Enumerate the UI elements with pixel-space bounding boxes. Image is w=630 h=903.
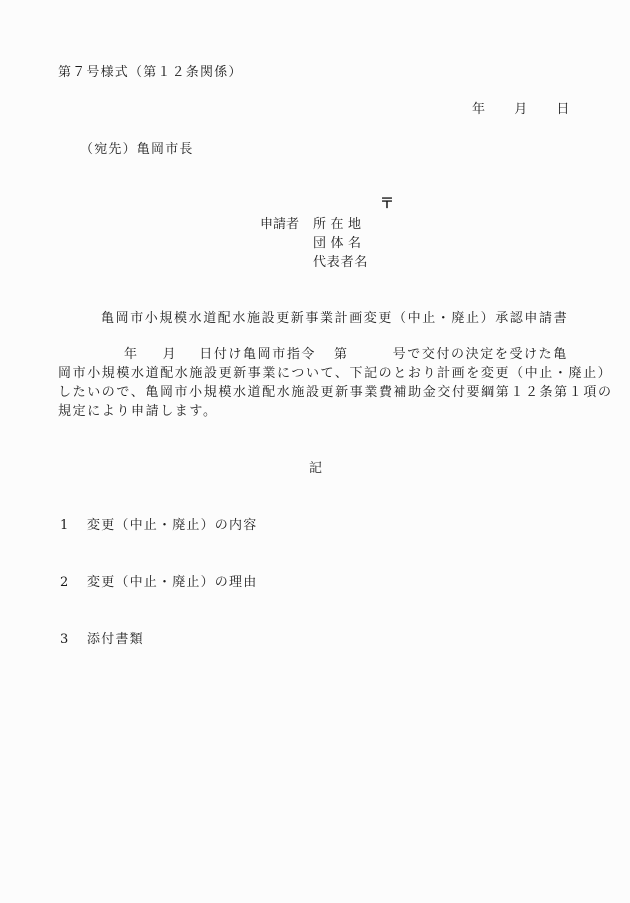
item-number: 3 bbox=[60, 632, 87, 647]
date-year-label: 年 bbox=[472, 102, 486, 117]
item-label: 変更（中止・廃止）の内容 bbox=[87, 518, 257, 533]
body-line-2: 岡市小規模水道配水施設更新事業について、下記のとおり計画を変更（中止・廃止） bbox=[58, 364, 578, 383]
list-item: 2変更（中止・廃止）の理由 bbox=[60, 575, 257, 590]
form-number: 第７号様式（第１２条関係） bbox=[58, 65, 243, 80]
date-line: 年月日 bbox=[472, 102, 571, 117]
body-dai: 第 bbox=[334, 347, 349, 362]
body-line-4: 規定により申請します。 bbox=[58, 402, 578, 421]
body-paragraph: 年月日付け亀岡市指令第号で交付の決定を受けた亀 岡市小規模水道配水施設更新事業に… bbox=[58, 345, 578, 421]
item-number: 1 bbox=[60, 518, 87, 533]
body-day-text: 日付け亀岡市指令 bbox=[199, 347, 316, 362]
body-line1-rest: 号で交付の決定を受けた亀 bbox=[393, 347, 568, 362]
body-line-3: したいので、亀岡市小規模水道配水施設更新事業費補助金交付要綱第１２条第１項の bbox=[58, 383, 578, 402]
ki-heading: 記 bbox=[309, 461, 323, 476]
document-title: 亀岡市小規模水道配水施設更新事業計画変更（中止・廃止）承認申請書 bbox=[101, 311, 568, 326]
body-line-1: 年月日付け亀岡市指令第号で交付の決定を受けた亀 bbox=[58, 345, 578, 364]
item-label: 変更（中止・廃止）の理由 bbox=[87, 575, 257, 590]
body-year: 年 bbox=[124, 347, 139, 362]
applicant-field-address: 所在地 bbox=[313, 217, 366, 232]
applicant-field-representative: 代表者名 bbox=[313, 255, 368, 270]
applicant-field-organization: 団体名 bbox=[313, 236, 366, 251]
addressee: （宛先）亀岡市長 bbox=[80, 142, 194, 157]
body-month: 月 bbox=[163, 347, 178, 362]
list-item: 3添付書類 bbox=[60, 632, 144, 647]
item-label: 添付書類 bbox=[87, 632, 144, 647]
applicant-label: 申請者 bbox=[260, 217, 299, 232]
date-day-label: 日 bbox=[556, 102, 570, 117]
item-number: 2 bbox=[60, 575, 87, 590]
date-month-label: 月 bbox=[514, 102, 528, 117]
postal-mark-icon: 〒 bbox=[380, 197, 395, 212]
list-item: 1変更（中止・廃止）の内容 bbox=[60, 518, 257, 533]
